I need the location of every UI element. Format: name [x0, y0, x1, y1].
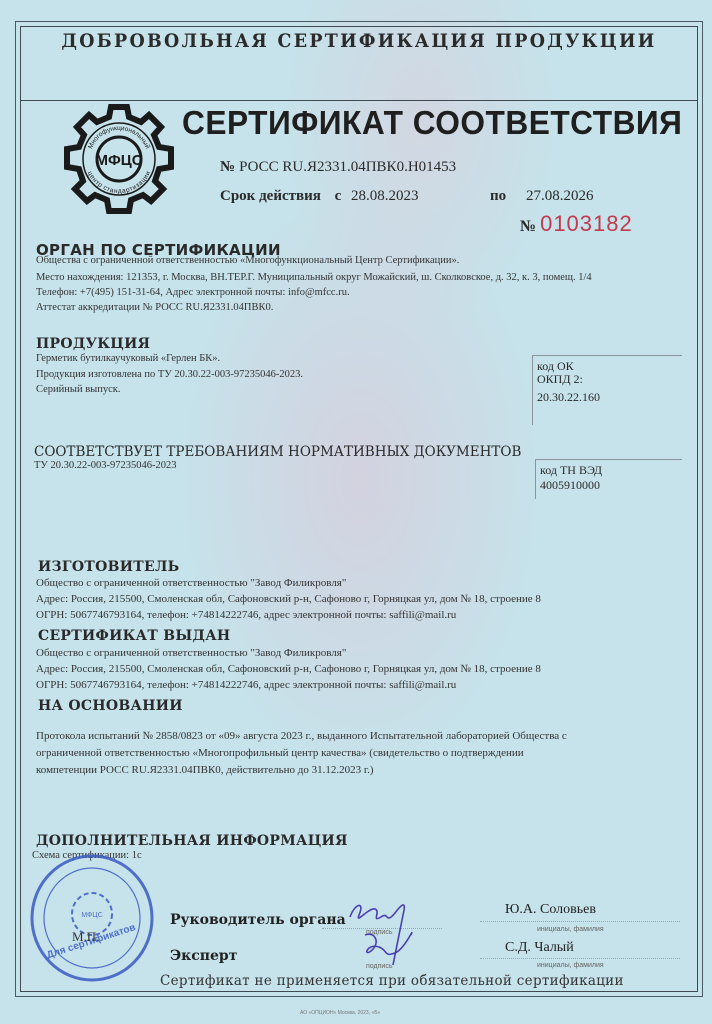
section-heading-product: ПРОДУКЦИЯ — [36, 336, 150, 352]
issued-to-line: ОГРН: 5067746793164, телефон: +748142227… — [36, 677, 456, 693]
blank-number: №0103182 — [520, 211, 633, 237]
okpd2-label-2: ОКПД 2: — [537, 373, 682, 386]
head-name-line — [480, 921, 680, 922]
okpd2-value: 20.30.22.160 — [537, 391, 682, 404]
section-heading-basis: НА ОСНОВАНИИ — [38, 698, 183, 714]
manufacturer-line: ОГРН: 5067746793164, телефон: +748142227… — [36, 607, 456, 623]
section-heading-manufacturer: ИЗГОТОВИТЕЛЬ — [38, 559, 179, 575]
svg-text:МФЦС: МФЦС — [95, 152, 142, 169]
certification-body-line: Аттестат аккредитации № РОСС RU.Я2331.04… — [36, 300, 273, 315]
official-stamp: МФЦС Для сертификатов — [28, 852, 156, 984]
issued-to-line: Адрес: Россия, 215500, Смоленская обл, С… — [36, 661, 541, 677]
product-line: Герметик бутилкаучуковый «Герлен БК». — [36, 351, 220, 366]
head-of-body-label: Руководитель органа — [170, 912, 346, 928]
blank-number-prefix: № — [520, 218, 536, 235]
document-title: СЕРТИФИКАТ СООТВЕТСТВИЯ — [182, 104, 682, 142]
certification-type-header: ДОБРОВОЛЬНАЯ СЕРТИФИКАЦИЯ ПРОДУКЦИИ — [47, 30, 671, 52]
basis-line: ограниченной ответственностью «Многопроф… — [36, 745, 524, 761]
product-line: Серийный выпуск. — [36, 382, 120, 397]
handwritten-signature-icon — [345, 895, 445, 975]
manufacturer-line: Адрес: Россия, 215500, Смоленская обл, С… — [36, 591, 541, 607]
head-name: Ю.А. Соловьев — [505, 902, 596, 918]
certification-body-line: Общества с ограниченной ответственностью… — [36, 253, 459, 268]
manufacturer-line: Общество с ограниченной ответственностью… — [36, 575, 346, 591]
number-prefix: № — [220, 159, 235, 175]
print-note: АО «ОПЦИОН» Москва, 2023, «Б» — [300, 1010, 380, 1016]
tnved-label: код ТН ВЭД — [540, 464, 682, 477]
expert-name-caption: инициалы, фамилия — [537, 962, 604, 969]
validity-label: Срок действия — [220, 188, 321, 204]
stamp-place-label: М.П. — [72, 929, 99, 945]
section-heading-additional-info: ДОПОЛНИТЕЛЬНАЯ ИНФОРМАЦИЯ — [36, 833, 348, 849]
tnved-value: 4005910000 — [540, 479, 682, 492]
number-value: РОСС RU.Я2331.04ПВК0.Н01453 — [239, 159, 456, 175]
basis-line: компетенции РОСС RU.Я2331.04ПВК0, действ… — [36, 762, 374, 778]
validity-from: 28.08.2023 — [351, 188, 419, 204]
blank-number-value: 0103182 — [540, 211, 633, 236]
divider — [21, 100, 697, 101]
validity-to: 27.08.2026 — [526, 188, 594, 205]
certification-body-line: Место нахождения: 121353, г. Москва, ВН.… — [36, 270, 592, 285]
certificate-number: №РОСС RU.Я2331.04ПВК0.Н01453 — [220, 159, 456, 176]
issued-to-line: Общество с ограниченной ответственностью… — [36, 645, 346, 661]
expert-label: Эксперт — [170, 948, 237, 964]
mfcs-logo: МФЦС Многофункциональный центр стандарти… — [58, 104, 180, 214]
gear-logo-icon: МФЦС Многофункциональный центр стандарти… — [58, 104, 180, 214]
product-line: Продукция изготовлена по ТУ 20.30.22-003… — [36, 367, 303, 382]
section-heading-issued-to: СЕРТИФИКАТ ВЫДАН — [38, 628, 230, 644]
basis-line: Протокола испытаний № 2858/0823 от «09» … — [36, 728, 567, 744]
tnved-code-box: код ТН ВЭД 4005910000 — [535, 459, 682, 499]
expert-name: С.Д. Чалый — [505, 940, 574, 956]
certification-body-line: Телефон: +7(495) 151-31-64, Адрес электр… — [36, 285, 350, 300]
head-signature — [345, 895, 445, 980]
validity-period: Срок действия с 28.08.2023 по 27.08.2026 — [220, 188, 700, 205]
expert-name-line — [480, 958, 680, 959]
mandatory-certification-note: Сертификат не применяется при обязательн… — [160, 973, 624, 989]
conformity-line: ТУ 20.30.22-003-97235046-2023 — [34, 458, 176, 473]
head-name-caption: инициалы, фамилия — [537, 926, 604, 933]
validity-to-label: по — [490, 188, 506, 205]
svg-text:МФЦС: МФЦС — [81, 912, 102, 919]
stamp-seal-icon: МФЦС Для сертификатов — [28, 852, 156, 984]
okpd2-code-box: код ОК ОКПД 2: 20.30.22.160 — [532, 355, 682, 425]
validity-from-label: с — [335, 188, 342, 204]
